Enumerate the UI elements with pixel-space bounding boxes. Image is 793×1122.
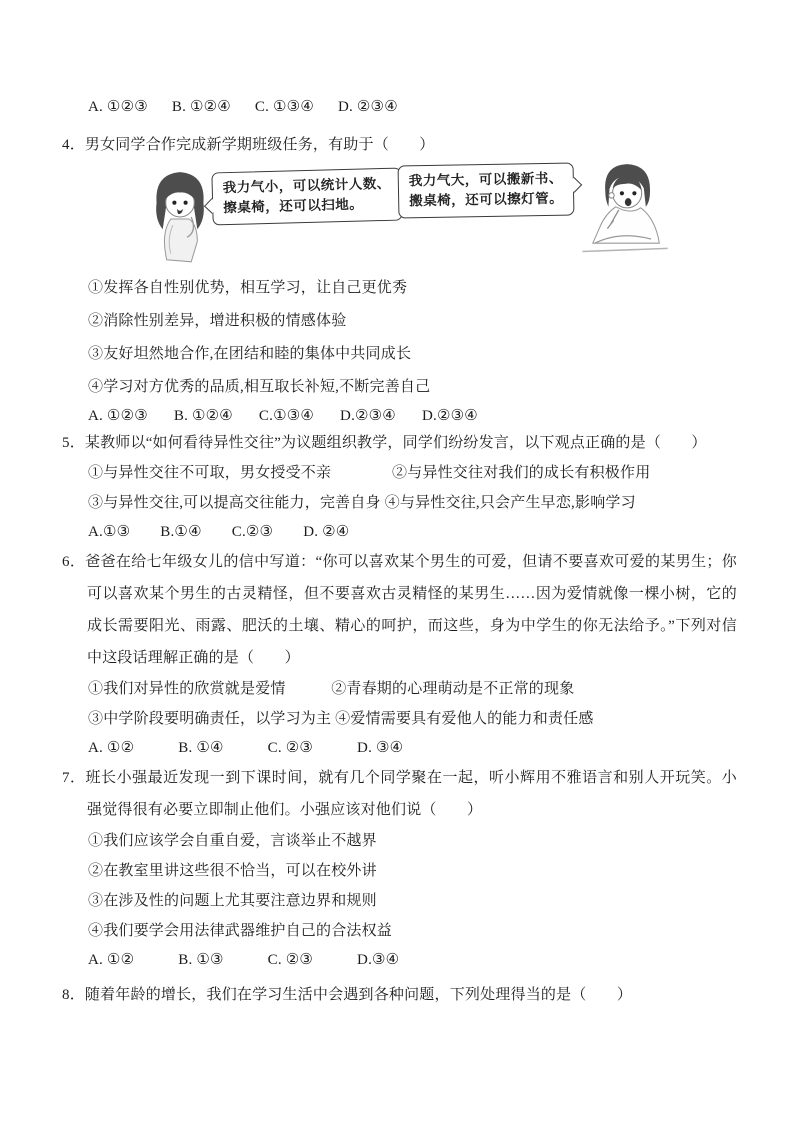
question-6-item-row-1: ①我们对异性的欣赏就是爱情 ②青春期的心理萌动是不正常的现象 [88, 674, 737, 704]
girl-speech-bubble: 我力气小，可以统计人数、 擦桌椅，还可以扫地。 [211, 168, 402, 225]
option-b: B. ①②④ [172, 96, 231, 118]
question-5-stem: 5．某教师以“如何看待异性交往”为议题组织教学，同学们纷纷发言，以下观点正确的是… [62, 428, 737, 458]
girl-bubble-line-2: 擦桌椅，还可以扫地。 [223, 194, 391, 219]
boy-eye-right [632, 191, 636, 195]
question-5-item-row-2: ③与异性交往,可以提高交往能力，完善自身 ④与异性交往,只会产生早恋,影响学习 [88, 488, 737, 518]
boy-ear [609, 193, 614, 198]
question-4-item-4: ④学习对方优秀的品质,相互取长补短,不断完善自己 [88, 371, 737, 404]
question-5-options-row: A.①③ B.①④ C.②③ D. ②④ [88, 518, 737, 546]
boy-student-figure [576, 160, 672, 264]
option-a: A. ①②③ [88, 404, 148, 428]
question-6-item-row-2: ③中学阶段要明确责任，以学习为主 ④爱情需要具有爱他人的能力和责任感 [88, 704, 737, 734]
option-a: A. ①② [88, 734, 134, 762]
boy-bubble-line-2: 搬桌椅，还可以擦灯管。 [409, 189, 563, 212]
option-d: D.②③④ [340, 404, 396, 428]
question-7-item-2: ②在教室里讲这些很不恰当，可以在校外讲 [88, 856, 737, 886]
option-a: A.①③ [88, 518, 130, 546]
option-c: C. ②③ [268, 734, 313, 762]
question-4-stem: 4．男女同学合作完成新学期班级任务，有助于（ ） [62, 134, 737, 156]
question-4-illustration: 我力气小，可以统计人数、 擦桌椅，还可以扫地。 我力气大，可以搬新书、 搬桌椅，… [62, 160, 737, 272]
question-7-stem: 7．班长小强最近发现一到下课时间，就有几个同学聚在一起，听小辉用不雅语言和别人开… [62, 762, 737, 826]
question-7-item-4: ④我们要学会用法律武器维护自己的合法权益 [88, 916, 737, 946]
question-4-item-2: ②消除性别差异，增进积极的情感体验 [88, 305, 737, 338]
boy-bubble-line-1: 我力气大，可以搬新书、 [409, 169, 563, 192]
girl-student-figure [146, 166, 214, 272]
boy-shirt [593, 207, 660, 243]
option-a: A. ①② [88, 946, 134, 974]
option-b: B.①④ [160, 518, 201, 546]
option-d: D. ③④ [357, 734, 403, 762]
boy-speech-bubble: 我力气大，可以搬新书、 搬桌椅，还可以擦灯管。 [398, 162, 575, 218]
option-d: D. ②④ [303, 518, 349, 546]
option-b: B. ①②④ [174, 404, 233, 428]
exam-page: A. ①②③ B. ①②④ C. ①③④ D. ②③④ 4．男女同学合作完成新学… [0, 0, 793, 1122]
girl-eye-left [172, 201, 176, 205]
question-7-item-1: ①我们应该学会自重自爱，言谈举止不越界 [88, 826, 737, 856]
question-4-item-3: ③友好坦然地合作,在团结和睦的集体中共同成长 [88, 338, 737, 371]
option-c: C. ①③④ [255, 96, 314, 118]
option-c: C. ②③ [268, 946, 313, 974]
question-8-stem: 8．随着年龄的增长，我们在学习生活中会遇到各种问题，下列处理得当的是（ ） [62, 980, 737, 1010]
option-a: A. ①②③ [88, 96, 148, 118]
boy-eye-left [620, 191, 624, 195]
girl-eye-right [184, 201, 188, 205]
desk-line [582, 248, 667, 251]
option-b: B. ①③ [178, 946, 223, 974]
question-7-options-row: A. ①② B. ①③ C. ②③ D.③④ [88, 946, 737, 974]
question-7-item-3: ③在涉及性的问题上尤其要注意边界和规则 [88, 886, 737, 916]
option-c: C.①③④ [259, 404, 314, 428]
option-d-duplicate: D.②③④ [422, 404, 478, 428]
question-4-options-row: A. ①②③ B. ①②④ C.①③④ D.②③④ D.②③④ [88, 404, 737, 428]
question-6-options-row: A. ①② B. ①④ C. ②③ D. ③④ [88, 734, 737, 762]
option-d: D.③④ [357, 946, 399, 974]
option-c: C.②③ [232, 518, 273, 546]
question-6-stem: 6．爸爸在给七年级女儿的信中写道：“你可以喜欢某个男生的可爱，但请不要喜欢可爱的… [62, 546, 737, 674]
question-4-item-1: ①发挥各自性别优势，相互学习，让自己更优秀 [88, 272, 737, 305]
boy-mouth [625, 198, 632, 206]
question-5-item-row-1: ①与异性交往不可取，男女授受不亲 ②与异性交往对我们的成长有积极作用 [88, 458, 737, 488]
option-d: D. ②③④ [338, 96, 398, 118]
option-b: B. ①④ [178, 734, 223, 762]
prev-question-options-row: A. ①②③ B. ①②④ C. ①③④ D. ②③④ [88, 96, 737, 118]
